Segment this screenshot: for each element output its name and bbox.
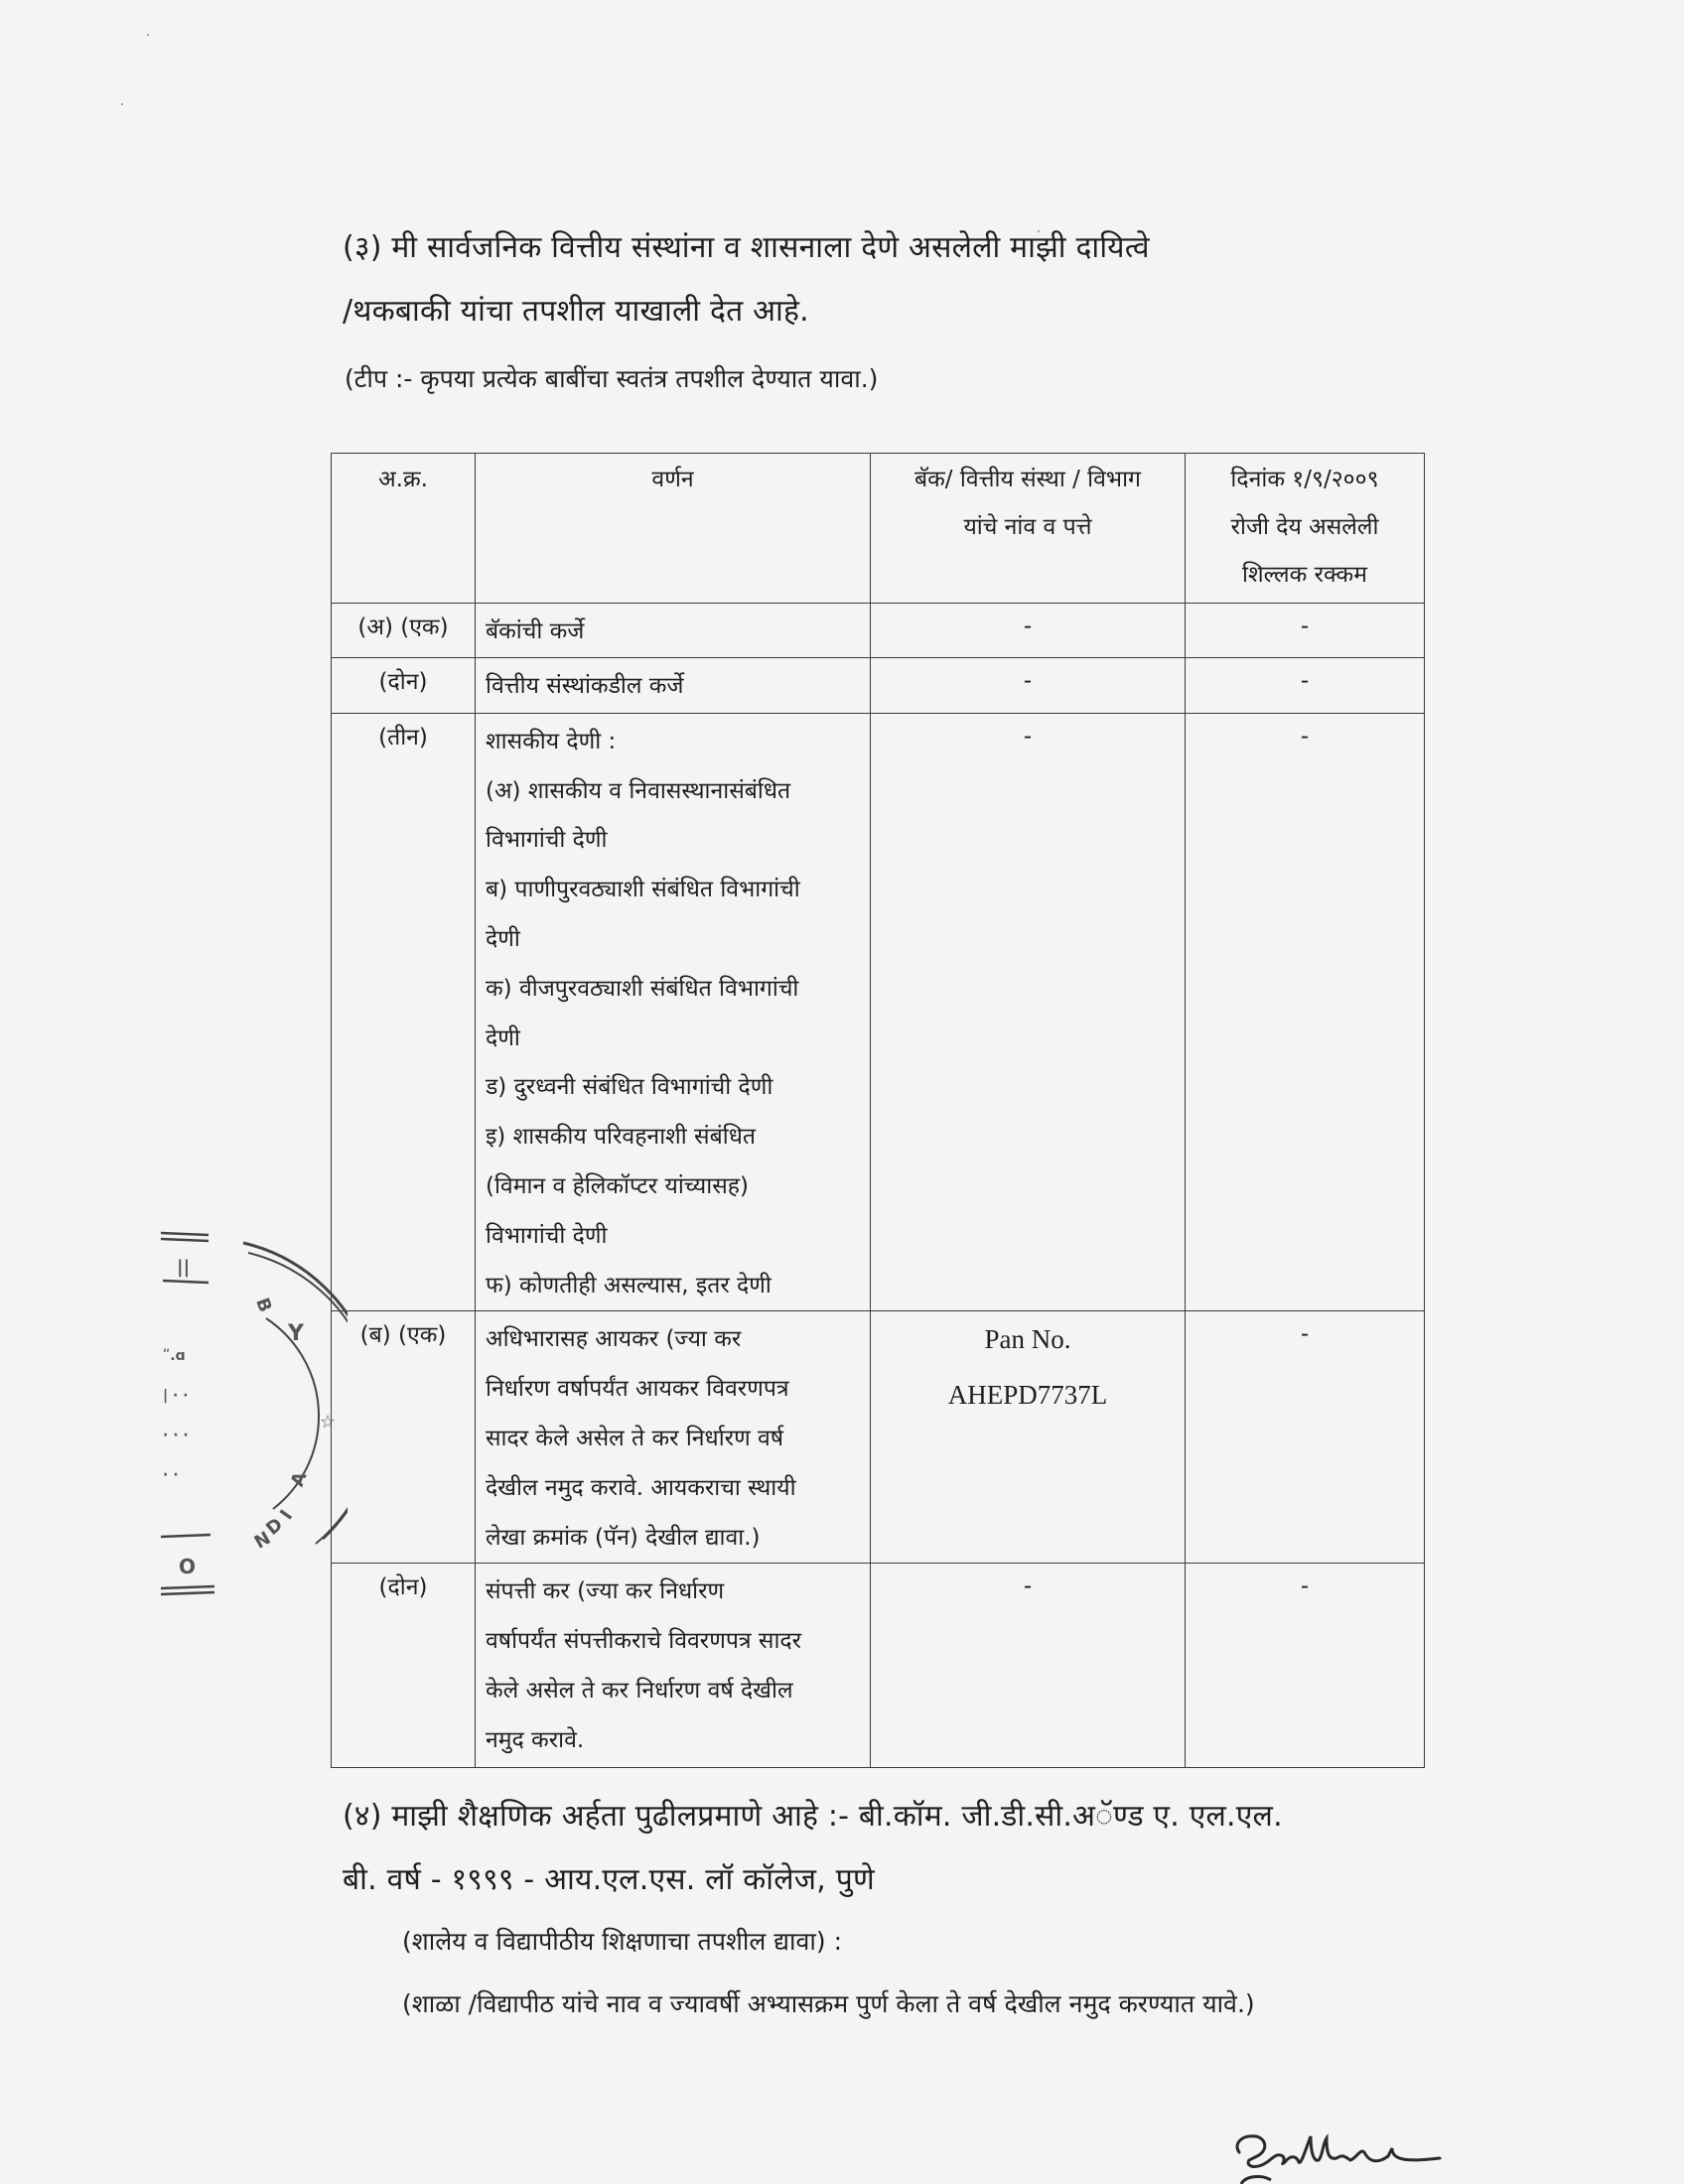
- svg-text:| ∙ ∙: | ∙ ∙: [163, 1388, 189, 1404]
- row-serial: (दोन): [332, 657, 476, 713]
- row-serial: (ब) (एक): [332, 1311, 476, 1564]
- header-institution-line: यांचे नांव व पत्ते: [871, 503, 1185, 551]
- header-institution-line: बॅक/ वित्तीय संस्था / विभाग: [871, 456, 1185, 503]
- description-line: देखील नमुद करावे. आयकराचा स्थायी: [486, 1464, 862, 1514]
- description-line: (अ) शासकीय व निवासस्थानासंबंधित: [486, 767, 862, 817]
- header-amount: दिनांक १/९/२००९ रोजी देय असलेली शिल्लक र…: [1186, 454, 1425, 604]
- svg-text:∙ ∙: ∙ ∙: [163, 1467, 179, 1483]
- section-3-heading-line: (३) मी सार्वजनिक वित्तीय संस्थांना व शास…: [343, 216, 1425, 280]
- svg-text:∙ ∙ ∙: ∙ ∙ ∙: [163, 1428, 189, 1443]
- description-line: (विमान व हेलिकॉप्टर यांच्यासह): [486, 1162, 862, 1212]
- official-seal-stamp-icon: || ʺ.ɑ | ∙ ∙ ∙ ∙ ∙ ∙ ∙ O B Y ☆ A I D N: [149, 1211, 348, 1608]
- row-amount: -: [1186, 1564, 1425, 1768]
- description-line: केले असेल ते कर निर्धारण वर्ष देखील: [486, 1667, 862, 1716]
- svg-text:B: B: [251, 1296, 275, 1315]
- svg-text:N: N: [251, 1528, 275, 1554]
- header-institution: बॅक/ वित्तीय संस्था / विभाग यांचे नांव व…: [871, 454, 1186, 604]
- svg-text:Y: Y: [287, 1321, 305, 1346]
- description-line: देणी: [486, 915, 862, 965]
- scan-speck: [147, 34, 149, 36]
- description-line: ब) पाणीपुरवठ्याशी संबंधित विभागांची: [486, 866, 862, 915]
- description-line: अधिभारासह आयकर (ज्या कर: [486, 1315, 862, 1365]
- section-3-heading-line: /थकबाकी यांचा तपशील याखाली देत आहे.: [343, 280, 1425, 343]
- table-row: (ब) (एक) अधिभारासह आयकर (ज्या कर निर्धार…: [332, 1311, 1425, 1564]
- row-serial: (दोन): [332, 1564, 476, 1768]
- table-row: (दोन) संपत्ती कर (ज्या कर निर्धारण वर्षा…: [332, 1564, 1425, 1768]
- row-description: अधिभारासह आयकर (ज्या कर निर्धारण वर्षापर…: [476, 1311, 871, 1564]
- row-amount: -: [1186, 713, 1425, 1311]
- description-line: विभागांची देणी: [486, 816, 862, 866]
- row-institution: -: [871, 1564, 1186, 1768]
- row-institution: -: [871, 713, 1186, 1311]
- header-description-text: वर्णन: [476, 456, 870, 503]
- row-amount: -: [1186, 1311, 1425, 1564]
- header-serial: अ.क्र.: [332, 454, 476, 604]
- description-line: क) वीजपुरवठ्याशी संबंधित विभागांची: [486, 965, 862, 1015]
- svg-text:||: ||: [177, 1257, 190, 1278]
- row-amount: -: [1186, 604, 1425, 658]
- description-line: शासकीय देणी :: [486, 718, 862, 767]
- svg-text:O: O: [179, 1555, 196, 1578]
- header-serial-text: अ.क्र.: [332, 456, 475, 503]
- svg-text:ʺ.ɑ: ʺ.ɑ: [163, 1348, 186, 1364]
- section-4-heading-line: (४) माझी शैक्षणिक अर्हता पुढीलप्रमाणे आह…: [343, 1785, 1425, 1848]
- description-line: संपत्ती कर (ज्या कर निर्धारण: [486, 1568, 862, 1617]
- row-serial: (अ) (एक): [332, 604, 476, 658]
- description-line: देणी: [486, 1015, 862, 1064]
- row-institution-pan: Pan No. AHEPD7737L: [871, 1311, 1186, 1564]
- svg-text:I: I: [276, 1506, 297, 1524]
- liabilities-table: अ.क्र. वर्णन बॅक/ वित्तीय संस्था / विभाग…: [331, 453, 1425, 1768]
- section-4-note-1: (शालेय व विद्यापीठीय शिक्षणाचा तपशील द्य…: [402, 1922, 842, 1962]
- description-line: वित्तीय संस्थांकडील कर्जे: [486, 662, 862, 712]
- row-description: वित्तीय संस्थांकडील कर्जे: [476, 657, 871, 713]
- table-row: (दोन) वित्तीय संस्थांकडील कर्जे - -: [332, 657, 1425, 713]
- row-description: शासकीय देणी : (अ) शासकीय व निवासस्थानासं…: [476, 713, 871, 1311]
- section-3-heading: (३) मी सार्वजनिक वित्तीय संस्थांना व शास…: [343, 216, 1425, 343]
- section-3-note: (टीप :- कृपया प्रत्येक बाबींचा स्वतंत्र …: [345, 359, 878, 399]
- row-institution: -: [871, 604, 1186, 658]
- description-line: बॅकांची कर्जे: [486, 608, 862, 657]
- description-line: लेखा क्रमांक (पॅन) देखील द्यावा.): [486, 1514, 862, 1564]
- section-4-heading: (४) माझी शैक्षणिक अर्हता पुढीलप्रमाणे आह…: [343, 1785, 1425, 1912]
- description-line: ड) दुरध्वनी संबंधित विभागांची देणी: [486, 1063, 862, 1113]
- row-institution: -: [871, 657, 1186, 713]
- row-description: संपत्ती कर (ज्या कर निर्धारण वर्षापर्यंत…: [476, 1564, 871, 1768]
- header-amount-line: रोजी देय असलेली: [1186, 503, 1424, 551]
- row-description: बॅकांची कर्जे: [476, 604, 871, 658]
- description-line: वर्षापर्यंत संपत्तीकराचे विवरणपत्र सादर: [486, 1617, 862, 1667]
- description-line: निर्धारण वर्षापर्यंत आयकर विवरणपत्र: [486, 1365, 862, 1415]
- header-amount-line: शिल्लक रक्कम: [1186, 551, 1424, 599]
- row-amount: -: [1186, 657, 1425, 713]
- table-row: (अ) (एक) बॅकांची कर्जे - -: [332, 604, 1425, 658]
- description-line: फ) कोणतीही असल्यास, इतर देणी: [486, 1262, 862, 1311]
- scan-speck: [121, 103, 123, 105]
- section-4-note-2: (शाळा /विद्यापीठ यांचे नाव व ज्यावर्षी अ…: [343, 1976, 1425, 2033]
- header-amount-line: दिनांक १/९/२००९: [1186, 456, 1424, 503]
- pan-label: Pan No.: [871, 1311, 1185, 1367]
- description-line: विभागांची देणी: [486, 1212, 862, 1262]
- header-description: वर्णन: [476, 454, 871, 604]
- description-line: नमुद करावे.: [486, 1716, 862, 1766]
- section-4-heading-line: बी. वर्ष - १९९९ - आय.एल.एस. लॉ कॉलेज, पु…: [343, 1848, 1425, 1912]
- pan-number: AHEPD7737L: [871, 1367, 1185, 1423]
- row-serial: (तीन): [332, 713, 476, 1311]
- svg-text:D: D: [262, 1514, 287, 1540]
- table-row: (तीन) शासकीय देणी : (अ) शासकीय व निवासस्…: [332, 713, 1425, 1311]
- description-line: इ) शासकीय परिवहनाशी संबंधित: [486, 1113, 862, 1162]
- table-header-row: अ.क्र. वर्णन बॅक/ वित्तीय संस्था / विभाग…: [332, 454, 1425, 604]
- svg-text:A: A: [287, 1469, 312, 1489]
- description-line: सादर केले असेल ते कर निर्धारण वर्ष: [486, 1415, 862, 1464]
- handwritten-signature-icon: [1211, 2105, 1470, 2184]
